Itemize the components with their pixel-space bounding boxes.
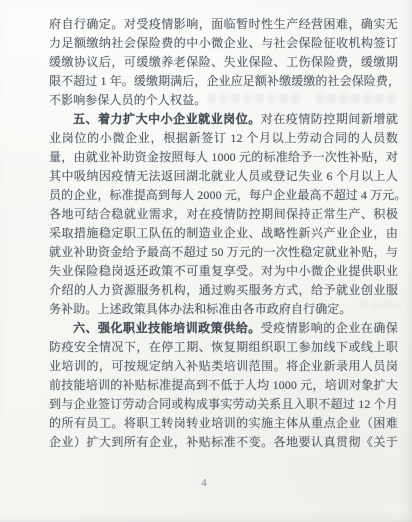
body-line: 前技能培训的补贴标准提高到不低于人均 1000 元，培训对象扩大 [49,376,398,395]
body-line: 企业）扩大到所有企业，补贴标准不变。各地要认真贯彻《关于 [49,433,398,452]
body-line: 业岗位的小微企业，根据新签订 12 个月以上劳动合同的人员数 [49,129,398,148]
body-line: 员的企业，标准提高到每人 2000 元，每户企业最高不超过 4 万元。 [49,186,398,205]
page-number: 4 [0,477,408,489]
document-page: 府自行确定。对受疫情影响，面临暂时性生产经营困难，确实无 力足额缴纳社会保险费的… [0,0,412,522]
body-text: 受疫情影响的企业在确保 [261,321,398,335]
body-text: 对在疫情防控期间新增就 [261,112,398,126]
body-line: 限不超过 1 年。缓缴期满后，企业应足额补缴缓缴的社会保险费， [49,72,398,91]
body-line: 务补助。上述政策具体办法和标准由各市政府自行确定。 [49,300,398,319]
body-line: 防疫安全情况下，在停工期、恢复期组织职工参加线下或线上职 [49,338,398,357]
text-block: 府自行确定。对受疫情影响，面临暂时性生产经营困难，确实无 力足额缴纳社会保险费的… [49,15,398,452]
body-line: 失业保险稳岗返还政策不可重复享受。对为中小微企业提供职业 [49,262,398,281]
body-line: 的所有员工。将职工转岗转业培训的实施主体从重点企业（困难 [49,414,398,433]
body-line: 不影响参保人员的个人权益。 [49,91,398,110]
body-line: 采取措施稳定职工队伍的制造业企业、战略性新兴产业企业，由 [49,224,398,243]
body-line: 力足额缴纳社会保险费的中小微企业、与社会保险征收机构签订 [49,34,398,53]
body-line: 就业补助资金给予最高不超过 50 万元的一次性稳定就业补贴，与 [49,243,398,262]
body-line: 业培训的，可按规定纳入补贴类培训范围。将企业新录用人员岗 [49,357,398,376]
body-line: 各地可结合稳就业需求，对在疫情防控期间保持正常生产、积极 [49,205,398,224]
body-line: 缓缴协议后，可缓缴养老保险、失业保险、工伤保险费，缓缴期 [49,53,398,72]
section-heading: 六、强化职业技能培训政策供给。 [73,321,261,335]
section-heading: 五、着力扩大中小企业就业岗位。 [73,112,261,126]
body-line: 府自行确定。对受疫情影响，面临暂时性生产经营困难，确实无 [49,15,398,34]
body-line: 其中吸纳因疫情无法返回湖北就业人员或登记失业 6 个月以上人 [49,167,398,186]
body-line-section-5: 五、着力扩大中小企业就业岗位。对在疫情防控期间新增就 [49,110,398,129]
body-line: 量，由就业补助资金按照每人 1000 元的标准给予一次性补贴，对 [49,148,398,167]
body-line-section-6: 六、强化职业技能培训政策供给。受疫情影响的企业在确保 [49,319,398,338]
body-line: 介绍的人力资源服务机构，通过购买服务方式，给予就业创业服 [49,281,398,300]
body-line: 到与企业签订劳动合同或构成事实劳动关系且入职不超过 12 个月 [49,395,398,414]
